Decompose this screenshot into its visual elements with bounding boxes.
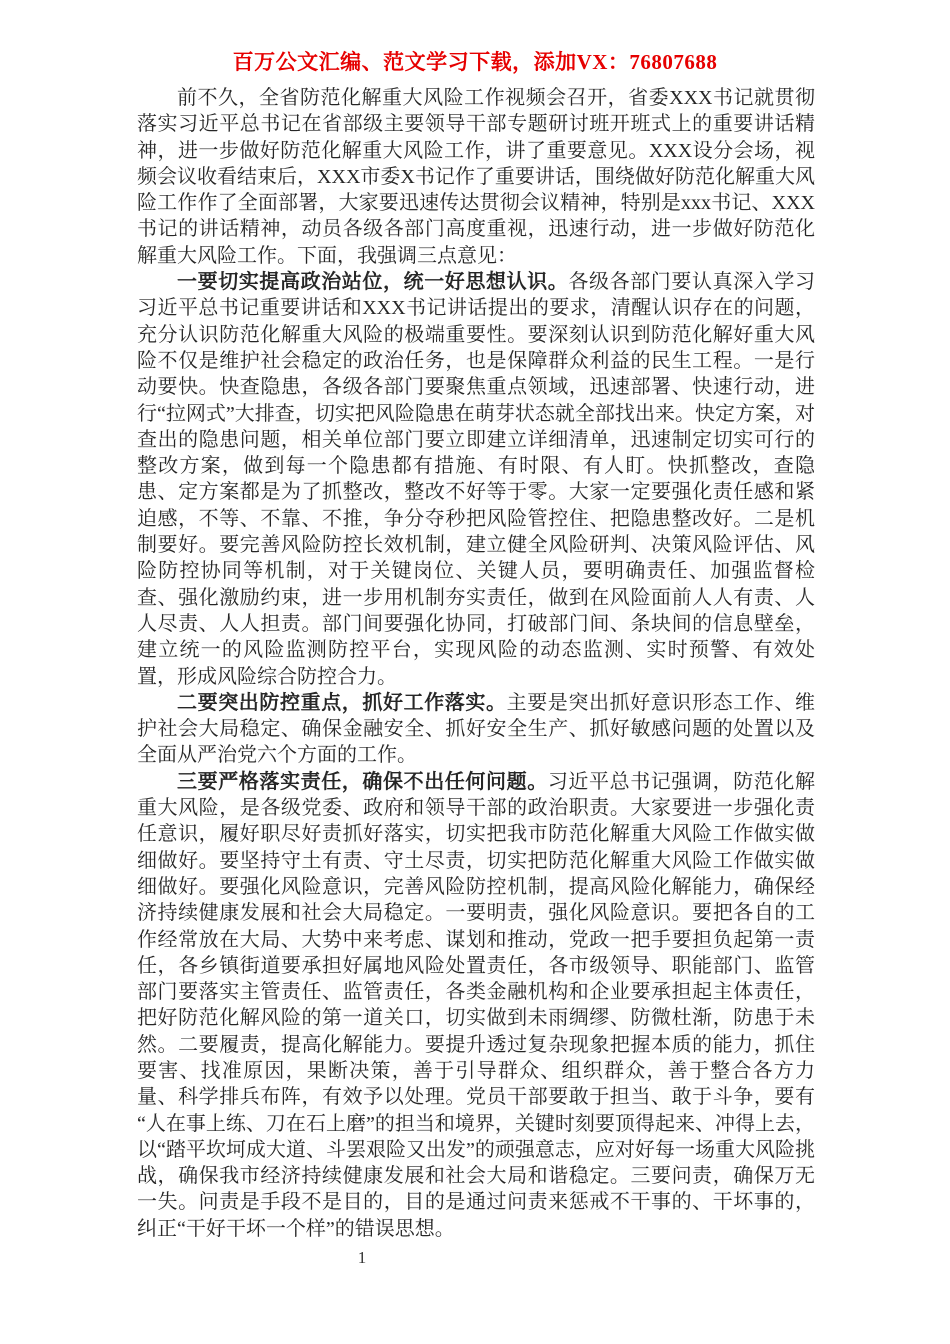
- document-page: 百万公文汇编、范文学习下载，添加VX：76807688 前不久，全省防范化解重大…: [0, 0, 950, 1344]
- paragraph-intro-text: 前不久，全省防范化解重大风险工作视频会召开，省委XXX书记就贯彻落实习近平总书记…: [137, 87, 815, 267]
- paragraph-point-2: 二要突出防控重点，抓好工作落实。主要是突出抓好意识形态工作、维护社会大局稳定、确…: [137, 690, 815, 769]
- paragraph-point-1-lead: 一要切实提高政治站位，统一好思想认识。: [177, 271, 568, 293]
- promo-header-text: 百万公文汇编、范文学习下载，添加VX：76807688: [0, 46, 950, 76]
- paragraph-point-1: 一要切实提高政治站位，统一好思想认识。各级各部门要认真深入学习习近平总书记重要讲…: [137, 269, 815, 690]
- paragraph-point-2-lead: 二要突出防控重点，抓好工作落实。: [177, 692, 507, 714]
- document-body: 前不久，全省防范化解重大风险工作视频会召开，省委XXX书记就贯彻落实习近平总书记…: [137, 85, 815, 1242]
- paragraph-point-3: 三要严格落实责任，确保不出任何问题。习近平总书记强调，防范化解重大风险，是各级党…: [137, 769, 815, 1242]
- paragraph-point-3-lead: 三要严格落实责任，确保不出任何问题。: [177, 771, 548, 793]
- paragraph-point-3-text: 习近平总书记强调，防范化解重大风险，是各级党委、政府和领导干部的政治职责。大家要…: [137, 771, 815, 1240]
- paragraph-intro: 前不久，全省防范化解重大风险工作视频会召开，省委XXX书记就贯彻落实习近平总书记…: [137, 85, 815, 269]
- page-number: 1: [338, 1248, 386, 1268]
- paragraph-point-1-text: 各级各部门要认真深入学习习近平总书记重要讲话和XXX书记讲话提出的要求，清醒认识…: [137, 271, 815, 687]
